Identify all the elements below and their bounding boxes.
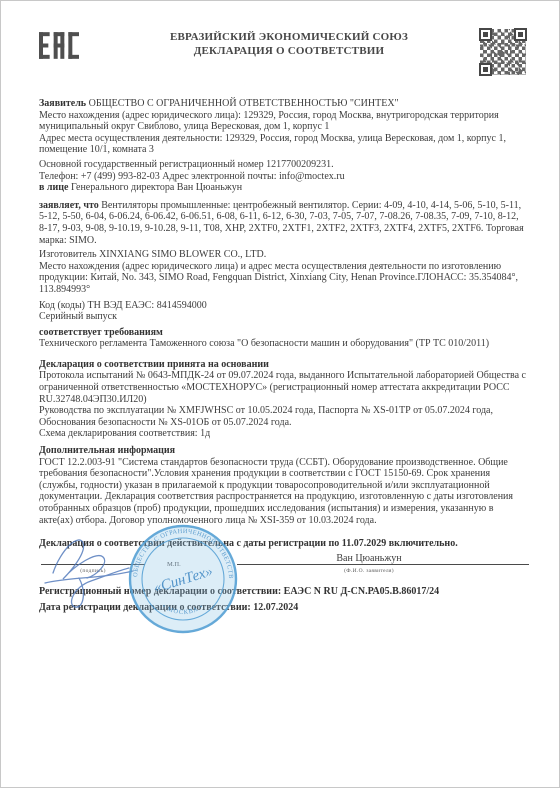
signature-block: (подпись) М.П. Ван Цюаньжун (Ф.И.О. заяв… bbox=[41, 553, 529, 578]
header: ЕВРАЗИЙСКИЙ ЭКОНОМИЧЕСКИЙ СОЮЗ ДЕКЛАРАЦИ… bbox=[1, 1, 559, 76]
qr-finder-top-right bbox=[514, 28, 527, 41]
basis-protocol: Протокола испытаний № 0643-МПДК-24 от 09… bbox=[39, 370, 529, 405]
applicant-contacts: Телефон: +7 (499) 993-82-03 Адрес электр… bbox=[39, 171, 529, 183]
applicant-representative: в лице Генерального директора Ван Цюаньж… bbox=[39, 182, 529, 194]
applicant-label: Заявитель bbox=[39, 98, 86, 109]
seal-place-label: М.П. bbox=[167, 559, 181, 571]
union-title: ЕВРАЗИЙСКИЙ ЭКОНОМИЧЕСКИЙ СОЮЗ bbox=[99, 30, 479, 44]
applicant-activity-address: Адрес места осуществления деятельности: … bbox=[39, 133, 529, 156]
eac-mark-icon bbox=[39, 26, 99, 70]
seal-place: М.П. bbox=[145, 553, 237, 578]
declares-label: заявляет, что bbox=[39, 200, 99, 211]
manufacturer-line: Изготовитель XINXIANG SIMO BLOWER CO., L… bbox=[39, 249, 529, 261]
product-declaration: заявляет, что Вентиляторы промышленные: … bbox=[39, 200, 529, 246]
basis-heading: Декларация о соответствии принята на осн… bbox=[39, 359, 529, 371]
compliance-heading: соответствует требованиям bbox=[39, 327, 529, 339]
applicant-name: ОБЩЕСТВО С ОГРАНИЧЕННОЙ ОТВЕТСТВЕННОСТЬЮ… bbox=[86, 98, 399, 109]
qr-code-icon bbox=[479, 28, 527, 76]
qr-finder-bottom-left bbox=[479, 63, 492, 76]
signatory-name: Ван Цюаньжун bbox=[237, 553, 529, 564]
applicant-ogrn: Основной государственный регистрационный… bbox=[39, 159, 529, 171]
fio-field: Ван Цюаньжун (Ф.И.О. заявителя) bbox=[237, 553, 529, 578]
representative-name: Генерального директора Ван Цюаньжун bbox=[68, 182, 242, 193]
compliance-text: Технического регламента Таможенного союз… bbox=[39, 338, 529, 350]
issue-type-line: Серийный выпуск bbox=[39, 311, 529, 323]
product-description: Вентиляторы промышленные: центробежный в… bbox=[39, 200, 524, 246]
registration-number-line: Регистрационный номер декларации о соотв… bbox=[39, 586, 529, 598]
tnved-code-line: Код (коды) ТН ВЭД ЕАЭС: 8414594000 bbox=[39, 300, 529, 312]
validity-line: Декларация о соответствии действительна … bbox=[39, 538, 529, 550]
doc-type-title: ДЕКЛАРАЦИЯ О СООТВЕТСТВИИ bbox=[99, 44, 479, 58]
declaration-page: ЕВРАЗИЙСКИЙ ЭКОНОМИЧЕСКИЙ СОЮЗ ДЕКЛАРАЦИ… bbox=[0, 0, 560, 788]
applicant-legal-address: Место нахождения (адрес юридического лиц… bbox=[39, 110, 529, 133]
basis-manuals: Руководства по эксплуатации № XMFJWHSC о… bbox=[39, 405, 529, 428]
signature-field: (подпись) bbox=[41, 553, 145, 578]
additional-heading: Дополнительная информация bbox=[39, 445, 529, 457]
fio-caption: (Ф.И.О. заявителя) bbox=[237, 565, 529, 578]
basis-scheme: Схема декларирования соответствия: 1д bbox=[39, 428, 529, 440]
applicant-line: Заявитель ОБЩЕСТВО С ОГРАНИЧЕННОЙ ОТВЕТС… bbox=[39, 98, 529, 110]
document-body: Заявитель ОБЩЕСТВО С ОГРАНИЧЕННОЙ ОТВЕТС… bbox=[1, 76, 559, 614]
in-face-label: в лице bbox=[39, 182, 68, 193]
signature-caption: (подпись) bbox=[41, 565, 145, 578]
manufacturer-address: Место нахождения (адрес юридического лиц… bbox=[39, 261, 529, 296]
document-titles: ЕВРАЗИЙСКИЙ ЭКОНОМИЧЕСКИЙ СОЮЗ ДЕКЛАРАЦИ… bbox=[99, 26, 479, 58]
additional-text: ГОСТ 12.2.003-91 "Система стандартов без… bbox=[39, 457, 529, 527]
registration-date-line: Дата регистрации декларации о соответств… bbox=[39, 602, 529, 614]
qr-finder-top-left bbox=[479, 28, 492, 41]
registration-block: Регистрационный номер декларации о соотв… bbox=[39, 586, 529, 614]
